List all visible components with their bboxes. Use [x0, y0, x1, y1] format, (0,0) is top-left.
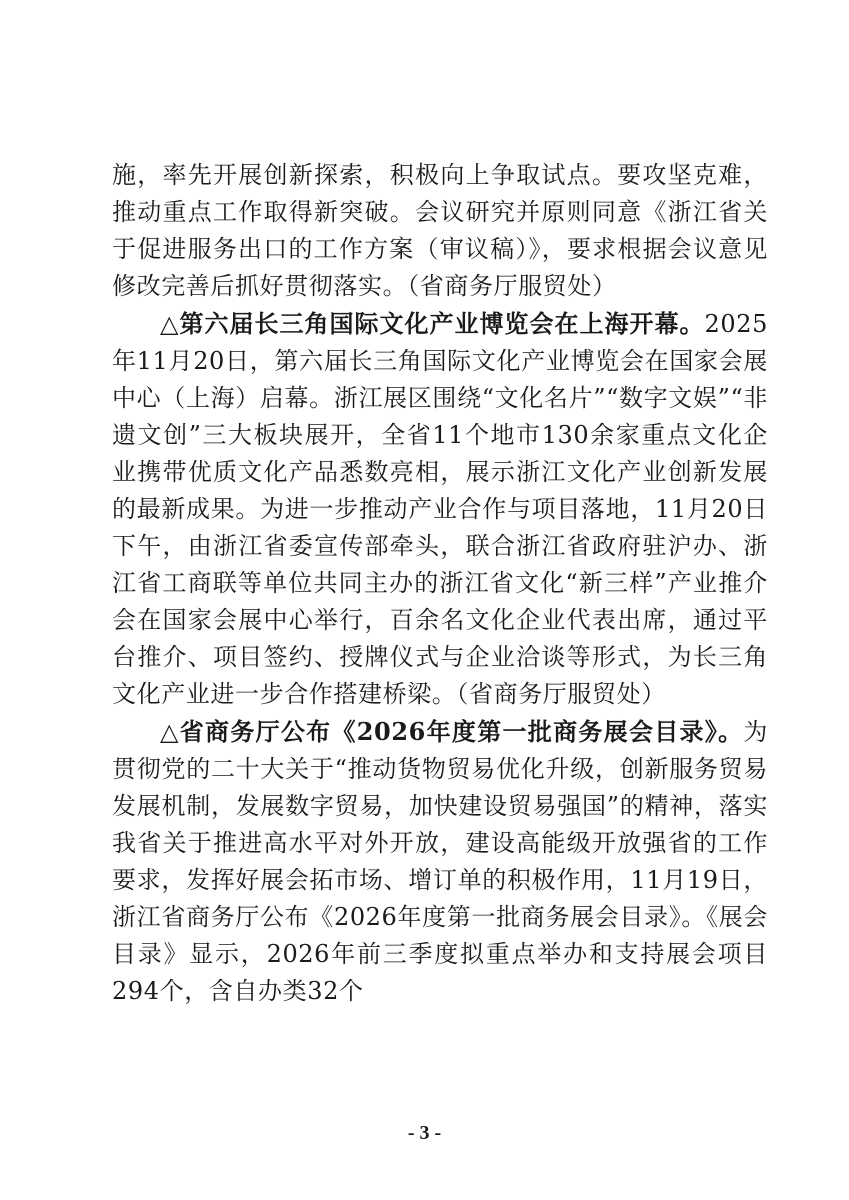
paragraph-continuation: 施，率先开展创新探索，积极向上争取试点。要攻坚克难，推动重点工作取得新突破。会议…: [112, 157, 768, 305]
paragraph-body: 2025年11月20日，第六届长三角国际文化产业博览会在国家会展中心（上海）启幕…: [112, 310, 768, 708]
paragraph-exhibition-catalog: △省商务厅公布《2026年度第一批商务展会目录》。为贯彻党的二十大关于“推动货物…: [112, 713, 768, 1010]
paragraph-body: 施，率先开展创新探索，积极向上争取试点。要攻坚克难，推动重点工作取得新突破。会议…: [112, 161, 768, 300]
paragraph-body: 为贯彻党的二十大关于“推动货物贸易优化升级，创新服务贸易发展机制，发展数字贸易，…: [112, 718, 768, 1005]
paragraph-heading: △第六届长三角国际文化产业博览会在上海开幕。: [160, 309, 705, 338]
paragraph-expo-news: △第六届长三角国际文化产业博览会在上海开幕。2025年11月20日，第六届长三角…: [112, 305, 768, 713]
page-number: - 3 -: [0, 1122, 849, 1145]
document-page: 施，率先开展创新探索，积极向上争取试点。要攻坚克难，推动重点工作取得新突破。会议…: [112, 157, 768, 1010]
paragraph-heading: △省商务厅公布《2026年度第一批商务展会目录》。: [160, 717, 743, 746]
